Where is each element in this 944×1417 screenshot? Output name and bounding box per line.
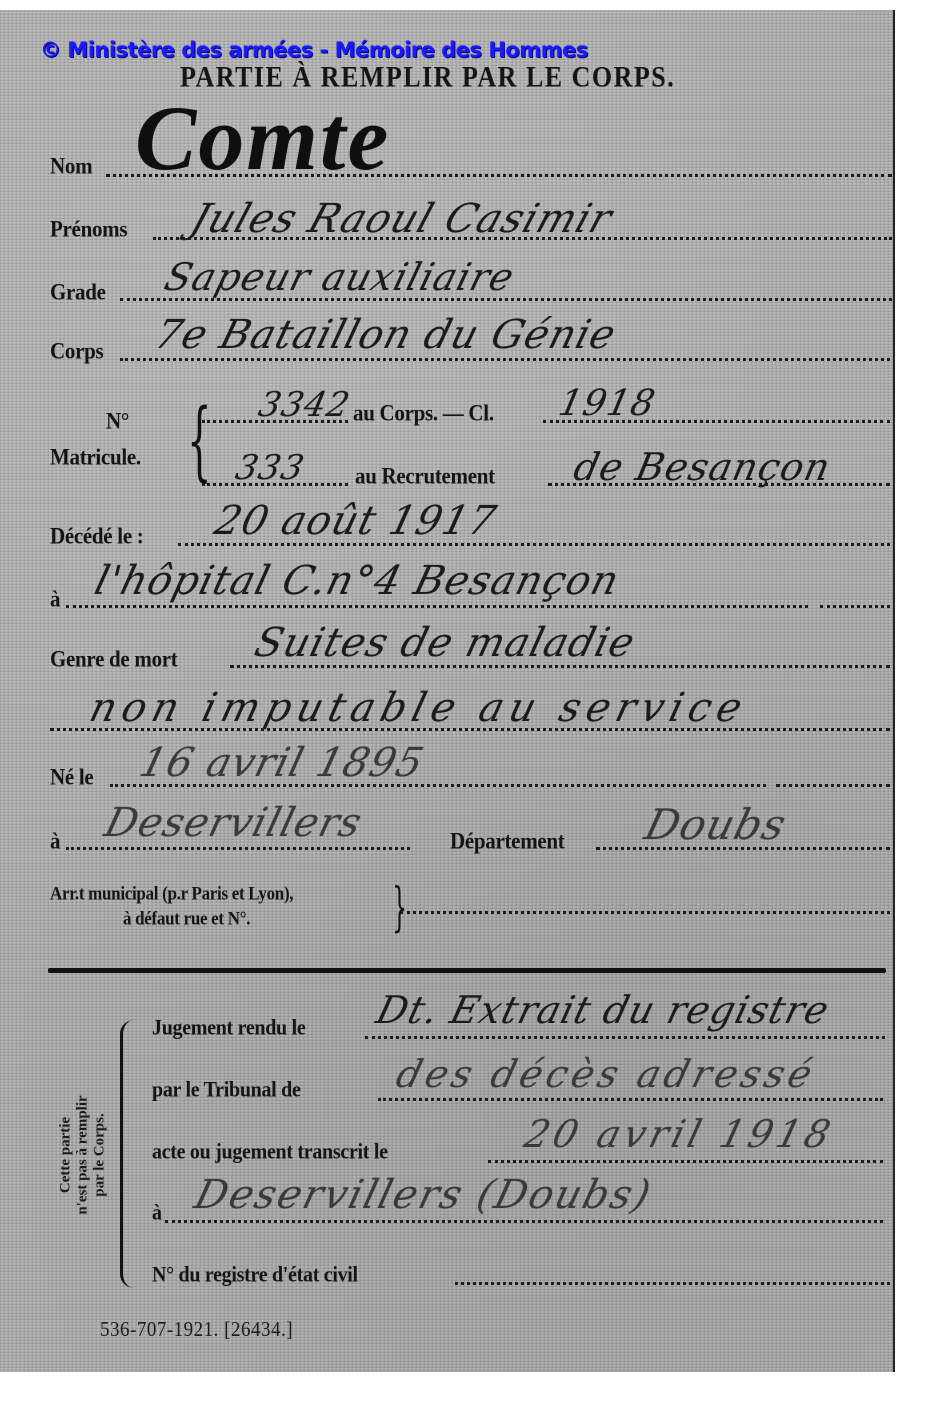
transcrit-label: acte ou jugement transcrit le [152,1139,388,1165]
section-divider [48,968,886,973]
lieu-transcription-line [165,1220,883,1223]
arrondissement-line [400,911,890,914]
grade-label: Grade [50,278,106,306]
recrutement-place-value: de Besançon [570,445,835,489]
lower-section-brace [120,1020,143,1288]
registre-line [455,1282,890,1285]
lieu-deces-value: l'hôpital C.n°4 Besançon [90,558,624,604]
arrondissement-label-2: à défaut rue et N°. [123,908,250,930]
transcrit-value: 20 avril 1918 [520,1112,839,1156]
decede-label: Décédé le : [50,522,143,550]
jugement-rendu-value: Dt. Extrait du registre [372,988,834,1032]
genre-de-mort-value: Suites de maladie [250,620,640,666]
side-note-line1: Cette partie [58,1095,75,1214]
au-corps-value: 3342 [255,385,354,425]
lieu-transcription-label: à [152,1200,162,1226]
side-note: Cette partie n'est pas à remplir par le … [38,1045,128,1265]
lieu-deces-label: à [50,585,60,613]
lieu-deces-line [66,605,808,608]
classe-value: 1918 [555,383,659,424]
side-note-line3: par le Corps. [92,1095,109,1214]
lieu-deces-line-end [820,605,890,608]
corps-label: Corps [50,337,103,365]
lieu-transcription-value: Deservillers (Doubs) [190,1172,657,1218]
ne-le-line-end [776,784,890,787]
jugement-rendu-label: Jugement rendu le [152,1015,305,1041]
departement-label: Département [450,827,565,855]
departement-value: Doubs [640,800,792,849]
ne-le-value: 16 avril 1895 [135,740,429,786]
matricule-brace: { [187,398,212,484]
tribunal-line [378,1098,883,1101]
tribunal-value: des décès adressé [392,1052,821,1096]
nom-label: Nom [50,152,92,180]
jugement-rendu-line [365,1036,885,1039]
grade-value: Sapeur auxiliaire [160,255,519,299]
lieu-naissance-line [66,847,410,850]
arrondissement-brace: } [392,882,407,934]
registre-label: N° du registre d'état civil [152,1262,358,1288]
arrondissement-label-1: Arr.t municipal (p.r Paris et Lyon), [50,883,293,905]
lieu-naissance-value: Deservillers [100,800,367,846]
corps-value: 7e Bataillon du Génie [150,312,621,358]
tribunal-label: par le Tribunal de [152,1077,301,1103]
matricule-label-no: N° [106,407,129,435]
matricule-label: Matricule. [50,443,141,471]
ne-le-label: Né le [50,763,93,791]
recrutement-label: au Recrutement [355,462,495,490]
transcrit-line [488,1160,883,1163]
prenoms-value: Jules Raoul Casimir [185,196,618,242]
genre-de-mort-value-line2: non imputable au service [85,685,753,731]
prenoms-label: Prénoms [50,215,127,243]
form-print-code: 536-707-1921. [26434.] [100,1318,293,1343]
decede-value: 20 août 1917 [210,498,501,544]
nom-value: Comte [135,92,390,184]
genre-de-mort-label: Genre de mort [50,645,178,673]
au-corps-label: au Corps. — Cl. [353,399,494,427]
copyright-watermark: © Ministère des armées - Mémoire des Hom… [40,38,588,62]
recrutement-value: 333 [232,448,308,488]
corps-line [120,358,890,361]
side-note-line2: n'est pas à remplir [75,1095,92,1214]
lieu-naissance-label: à [50,827,60,855]
